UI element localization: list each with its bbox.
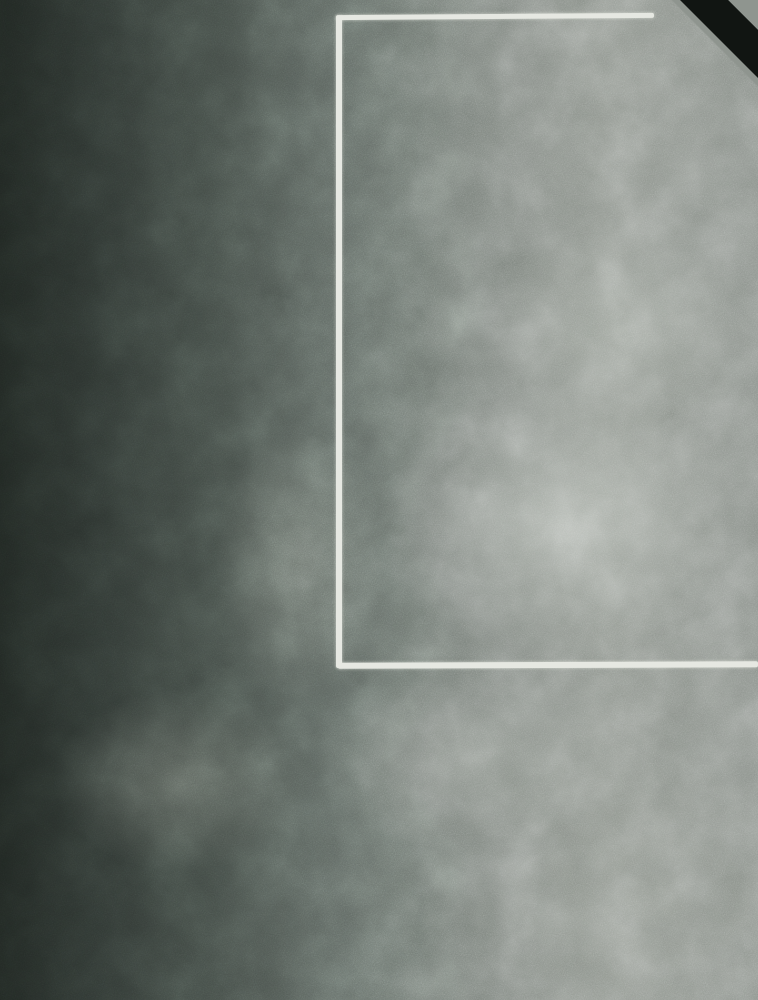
chalk-line-left: [336, 16, 342, 668]
surface-texture: [0, 0, 758, 1000]
surface-photograph: [0, 0, 758, 1000]
